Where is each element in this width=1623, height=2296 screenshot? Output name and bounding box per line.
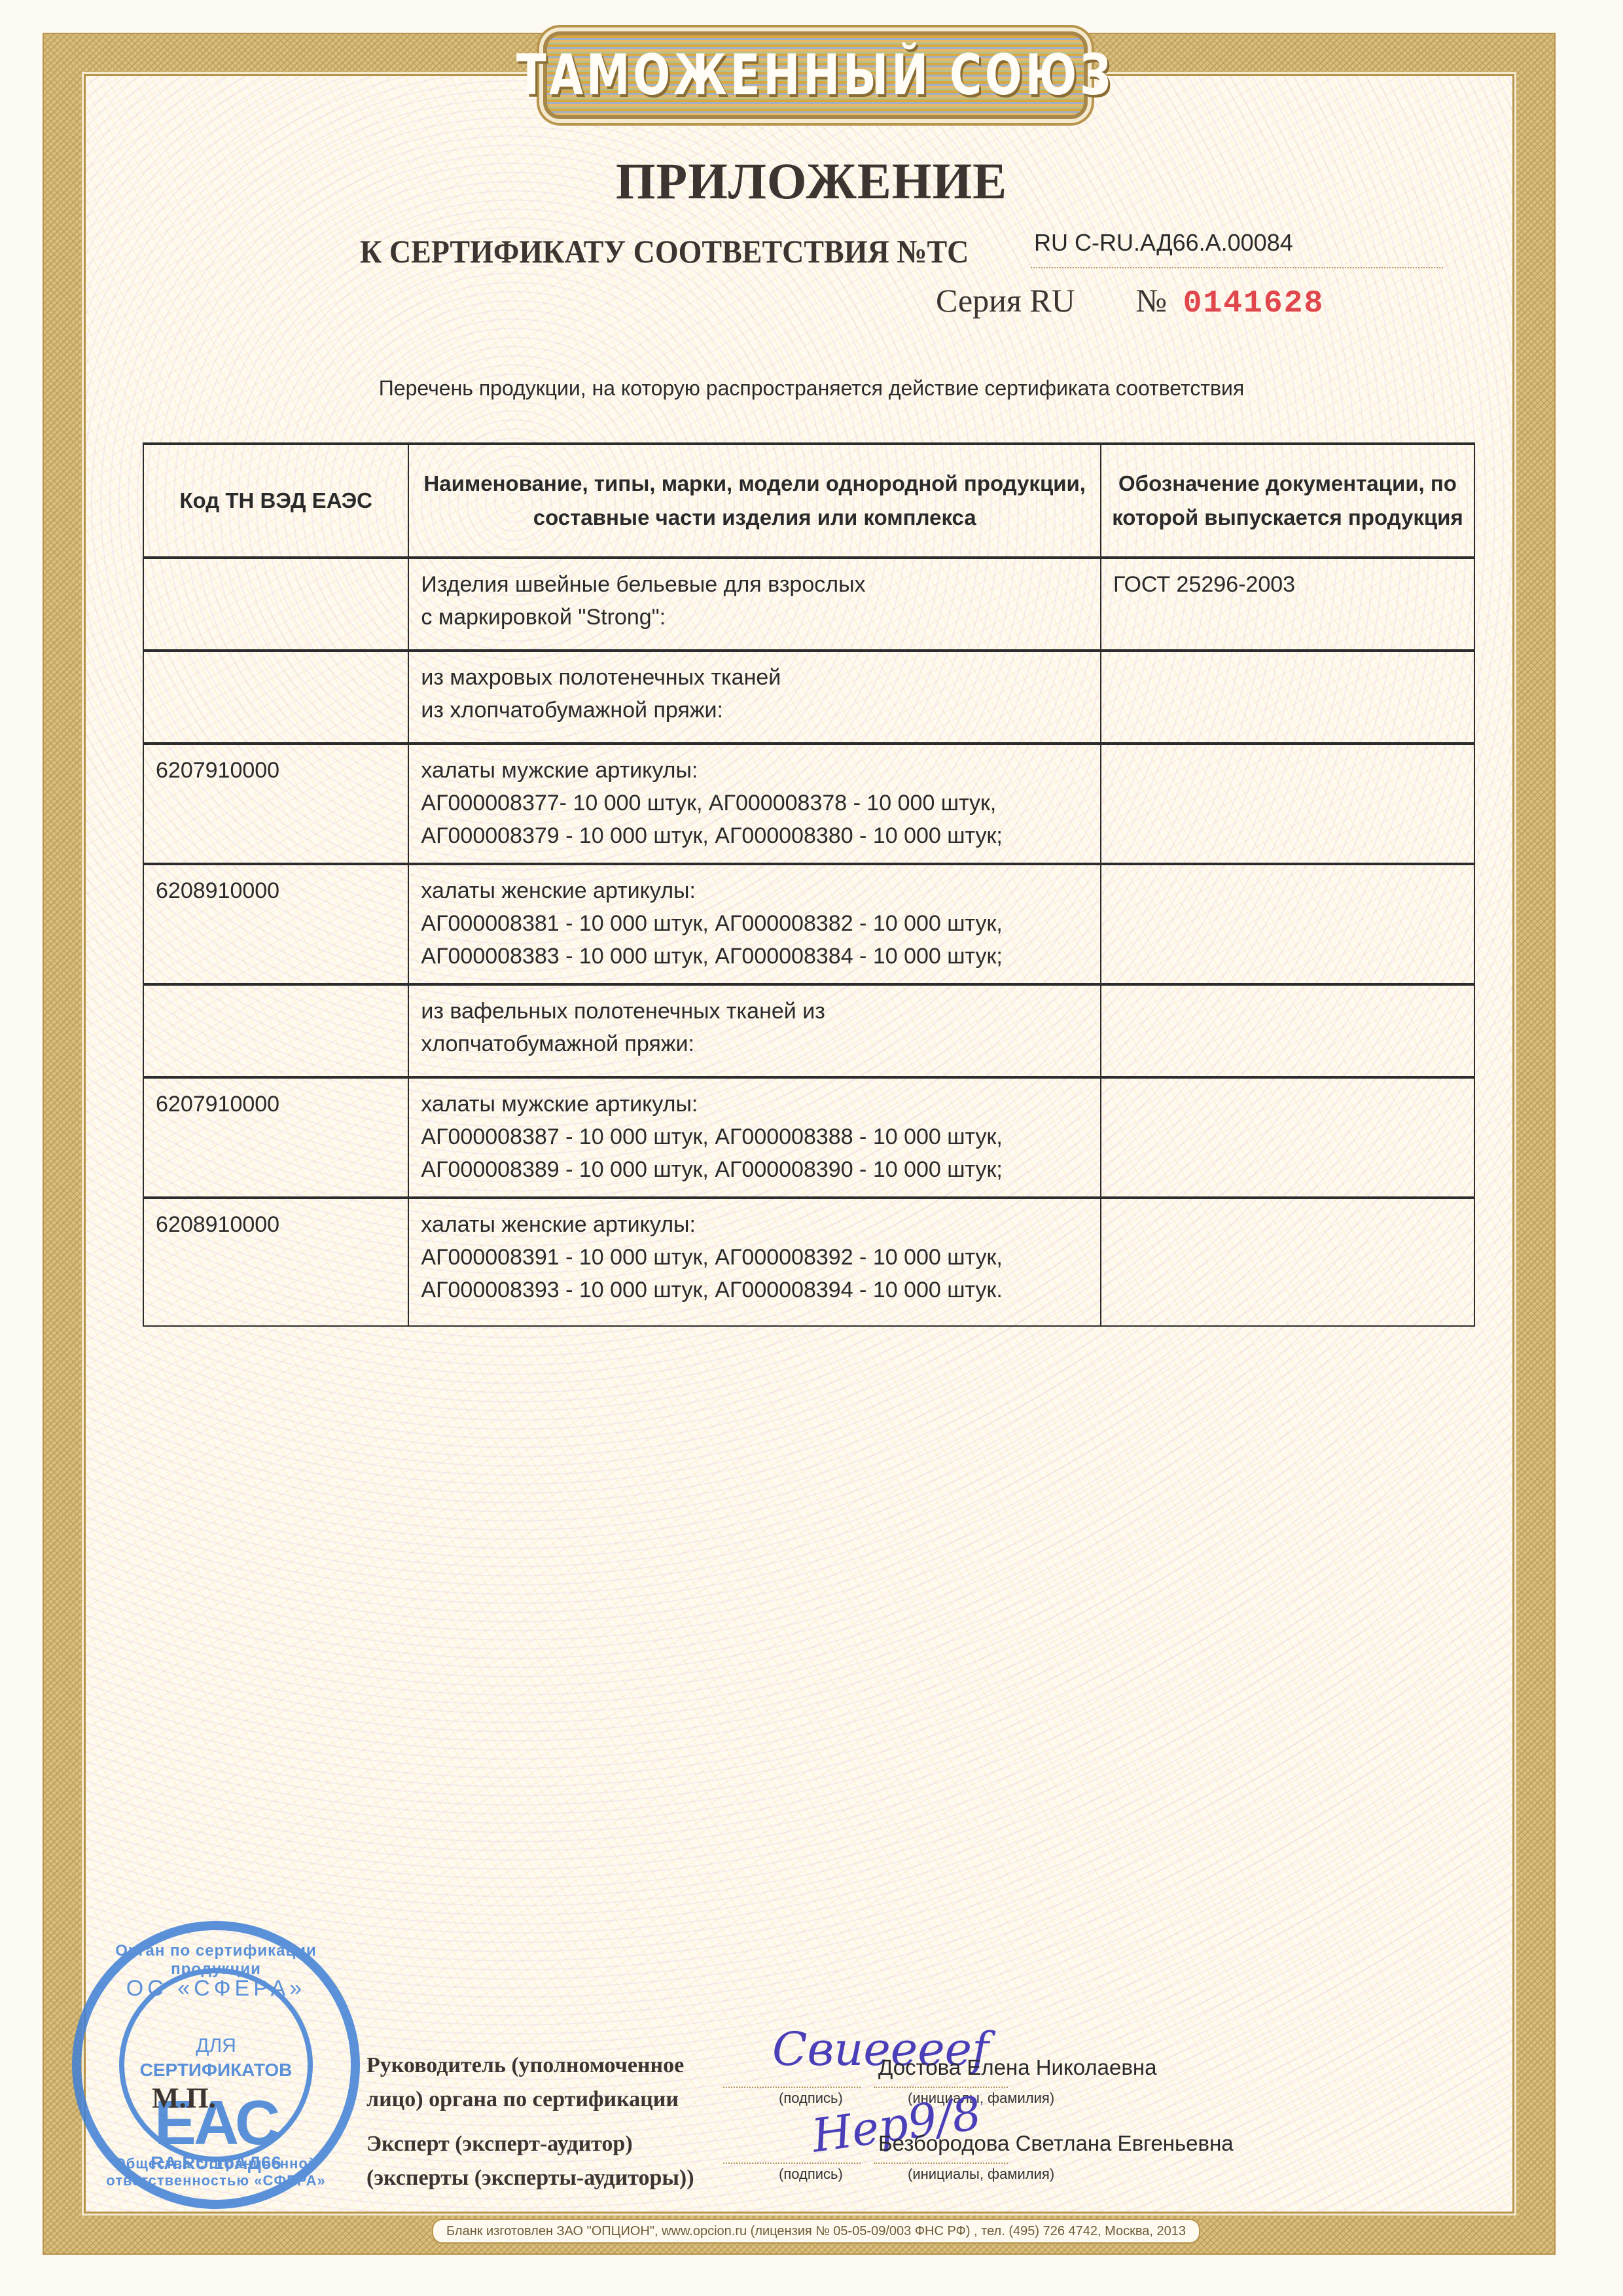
product-name-line: с маркировкой "Strong": xyxy=(421,601,1088,634)
head-signature-line xyxy=(723,2087,861,2088)
header-documentation: Обозначение документации, по которой вып… xyxy=(1101,444,1474,558)
stamp-certificates: СЕРТИФИКАТОВ xyxy=(81,2060,351,2081)
product-name-line: АГ000008387 - 10 000 штук, АГ000008388 -… xyxy=(421,1121,1088,1153)
documentation-cell xyxy=(1101,744,1474,864)
eac-mark-icon: ЕАС xyxy=(81,2087,351,2159)
product-name-line: АГ000008377- 10 000 штук, АГ000008378 - … xyxy=(421,787,1088,819)
form-printer-footer: Бланк изготовлен ЗАО "ОПЦИОН", www.opcio… xyxy=(432,2219,1200,2244)
hs-code-cell: 6207910000 xyxy=(143,1077,408,1198)
product-name-cell: халаты женские артикулы:АГ000008381 - 10… xyxy=(408,864,1101,984)
documentation-cell xyxy=(1101,651,1474,744)
banner-text: ТАМОЖЕННЫЙ СОЮЗ xyxy=(516,43,1115,108)
product-name-line: АГ000008393 - 10 000 штук, АГ000008394 -… xyxy=(421,1274,1088,1306)
stamp-org-name: ОС «СФЕРА» xyxy=(81,1976,351,2001)
hs-code-cell xyxy=(143,984,408,1077)
product-name-line: АГ000008381 - 10 000 штук, АГ000008382 -… xyxy=(421,907,1088,940)
product-name-cell: Изделия швейные бельевые для взрослыхс м… xyxy=(408,558,1101,651)
hs-code-cell: 6208910000 xyxy=(143,864,408,984)
product-name-cell: халаты женские артикулы:АГ000008391 - 10… xyxy=(408,1198,1101,1326)
expert-label-line-2: (эксперты (эксперты-аудиторы)) xyxy=(366,2161,694,2195)
head-name-line xyxy=(874,2087,1008,2088)
series-line: Серия RU № 0141628 xyxy=(936,281,1324,321)
product-name-cell: халаты мужские артикулы:АГ000008387 - 10… xyxy=(408,1077,1101,1198)
products-list-subtitle: Перечень продукции, на которую распростр… xyxy=(0,376,1623,401)
hs-code-cell xyxy=(143,558,408,651)
head-label-line-2: лицо) органа по сертификации xyxy=(366,2083,684,2117)
expert-signature-caption: (подпись) xyxy=(779,2166,843,2183)
product-name-line: халаты мужские артикулы: xyxy=(421,754,1088,787)
hs-code-cell: 6208910000 xyxy=(143,1198,408,1326)
head-label-line-1: Руководитель (уполномоченное xyxy=(366,2049,684,2083)
hs-code-cell: 6207910000 xyxy=(143,744,408,864)
seal-place-label: М.П. xyxy=(152,2081,216,2115)
product-name-line: АГ000008383 - 10 000 штук, АГ000008384 -… xyxy=(421,940,1088,973)
documentation-cell xyxy=(1101,1198,1474,1326)
product-name-line: из хлопчатобумажной пряжи: xyxy=(421,694,1088,726)
table-row: из вафельных полотенечных тканей изхлопч… xyxy=(143,984,1474,1077)
expert-name-line xyxy=(874,2162,1008,2164)
expert-name: Безбородова Светлана Евгеньевна xyxy=(878,2131,1234,2156)
header-hs-code: Код ТН ВЭД ЕАЭС xyxy=(143,444,408,558)
documentation-cell: ГОСТ 25296-2003 xyxy=(1101,558,1474,651)
documentation-cell xyxy=(1101,864,1474,984)
table-row: 6207910000халаты мужские артикулы:АГ0000… xyxy=(143,1077,1474,1198)
product-name-line: Изделия швейные бельевые для взрослых xyxy=(421,568,1088,601)
table-row: из махровых полотенечных тканейиз хлопча… xyxy=(143,651,1474,744)
table-row: 6208910000халаты женские артикулы:АГ0000… xyxy=(143,1198,1474,1326)
table-row: 6207910000халаты мужские артикулы:АГ0000… xyxy=(143,744,1474,864)
stamp-for: ДЛЯ xyxy=(81,2035,351,2057)
certificate-label: К СЕРТИФИКАТУ СООТВЕТСТВИЯ №ТС xyxy=(360,232,969,270)
product-name-line: из махровых полотенечных тканей xyxy=(421,661,1088,694)
product-name-line: хлопчатобумажной пряжи: xyxy=(421,1028,1088,1060)
products-table: Код ТН ВЭД ЕАЭС Наименование, типы, марк… xyxy=(143,442,1475,1327)
product-name-line: АГ000008379 - 10 000 штук, АГ000008380 -… xyxy=(421,819,1088,852)
head-signature-caption: (подпись) xyxy=(779,2090,843,2107)
product-name-cell: халаты мужские артикулы:АГ000008377- 10 … xyxy=(408,744,1101,864)
expert-signature-line xyxy=(723,2162,861,2164)
table-row: Изделия швейные бельевые для взрослыхс м… xyxy=(143,558,1474,651)
hs-code-cell xyxy=(143,651,408,744)
certificate-number-underline xyxy=(1031,267,1443,268)
product-name-cell: из вафельных полотенечных тканей изхлопч… xyxy=(408,984,1101,1077)
head-name: Достова Елена Николаевна xyxy=(878,2055,1157,2080)
stamp-ring-bottom: Общества с ограниченной ответственностью… xyxy=(81,2155,351,2189)
product-name-line: халаты мужские артикулы: xyxy=(421,1088,1088,1121)
documentation-cell xyxy=(1101,984,1474,1077)
serial-number: 0141628 xyxy=(1183,286,1325,321)
series-label: Серия xyxy=(936,282,1022,319)
product-name-line: АГ000008391 - 10 000 штук, АГ000008392 -… xyxy=(421,1241,1088,1274)
number-sign: № xyxy=(1135,282,1167,319)
documentation-cell xyxy=(1101,1077,1474,1198)
product-name-line: из вафельных полотенечных тканей из xyxy=(421,995,1088,1028)
document-title: ПРИЛОЖЕНИЕ xyxy=(0,152,1623,211)
table-row: 6208910000халаты женские артикулы:АГ0000… xyxy=(143,864,1474,984)
head-label: Руководитель (уполномоченное лицо) орган… xyxy=(366,2049,684,2117)
table-header-row: Код ТН ВЭД ЕАЭС Наименование, типы, марк… xyxy=(143,444,1474,558)
header-product-name: Наименование, типы, марки, модели одноро… xyxy=(408,444,1101,558)
product-name-cell: из махровых полотенечных тканейиз хлопча… xyxy=(408,651,1101,744)
expert-label: Эксперт (эксперт-аудитор) (эксперты (экс… xyxy=(366,2127,694,2195)
customs-union-banner: ТАМОЖЕННЫЙ СОЮЗ xyxy=(543,31,1088,119)
series-value: RU xyxy=(1029,282,1075,319)
expert-label-line-1: Эксперт (эксперт-аудитор) xyxy=(366,2127,694,2161)
certificate-number: RU C-RU.АД66.А.00084 xyxy=(1034,229,1293,257)
product-name-line: АГ000008389 - 10 000 штук, АГ000008390 -… xyxy=(421,1153,1088,1186)
certification-body-stamp: Орган по сертификации продукции ОС «СФЕР… xyxy=(72,1921,360,2209)
product-name-line: халаты женские артикулы: xyxy=(421,874,1088,907)
product-name-line: халаты женские артикулы: xyxy=(421,1208,1088,1241)
expert-name-caption: (инициалы, фамилия) xyxy=(908,2166,1054,2183)
